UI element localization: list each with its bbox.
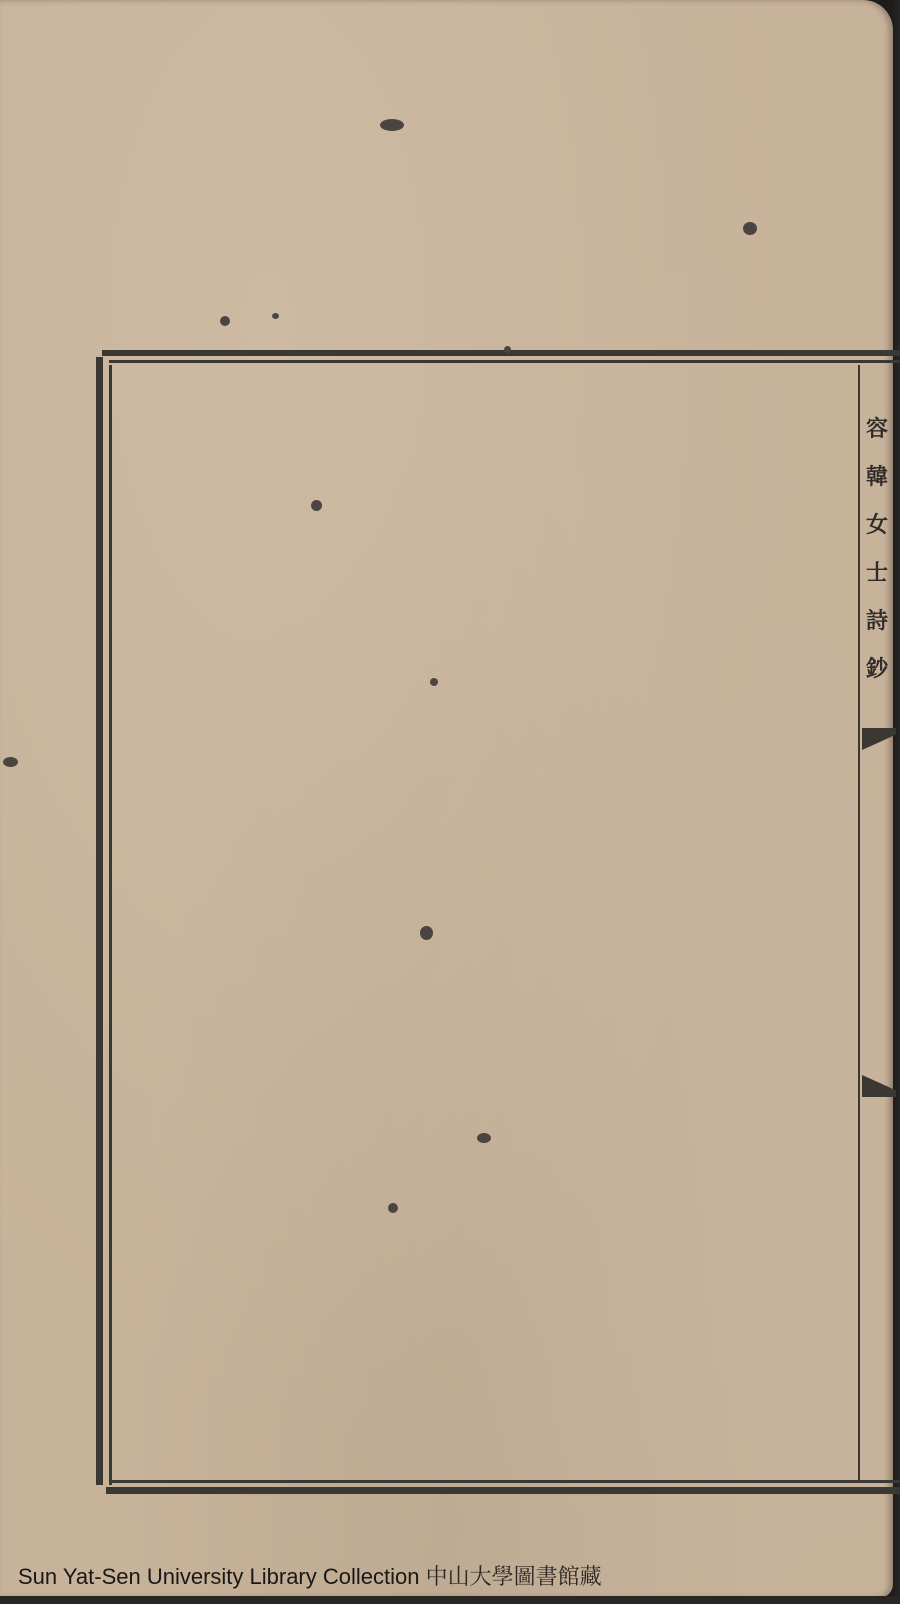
vertical-book-title: 容 韓 女 士 詩 鈔	[862, 405, 892, 693]
ink-spot	[311, 500, 322, 511]
watermark-english: Sun Yat-Sen University Library Collectio…	[18, 1564, 419, 1589]
title-char: 士	[866, 549, 888, 597]
ink-spot	[272, 313, 279, 319]
frame-left-inner-line	[109, 365, 112, 1485]
title-char: 女	[866, 501, 888, 549]
ink-spot	[477, 1133, 491, 1143]
title-char: 容	[866, 405, 888, 453]
ink-spot	[388, 1203, 398, 1213]
frame-left-outer-line	[96, 357, 103, 1485]
ink-spot	[420, 926, 433, 940]
frame-top-inner-line	[109, 360, 900, 363]
ink-spot	[504, 346, 511, 353]
ink-spot	[430, 678, 438, 686]
frame-bottom-inner-line	[112, 1480, 900, 1483]
ink-spot	[3, 757, 18, 767]
ink-spot	[220, 316, 230, 326]
book-page	[0, 0, 893, 1598]
library-watermark: Sun Yat-Sen University Library Collectio…	[18, 1560, 602, 1591]
page-bottom-edge	[0, 1596, 900, 1604]
title-char: 鈔	[866, 645, 888, 693]
ink-spot	[743, 222, 757, 235]
frame-bottom-outer-line	[106, 1487, 900, 1494]
frame-top-outer-line	[102, 350, 900, 356]
ink-spot	[380, 119, 404, 131]
title-char: 詩	[866, 597, 888, 645]
watermark-chinese: 中山大學圖書館藏	[426, 1565, 602, 1590]
center-column-rule	[858, 365, 860, 1480]
title-char: 韓	[866, 453, 888, 501]
page-edge-shadow	[892, 0, 900, 1604]
